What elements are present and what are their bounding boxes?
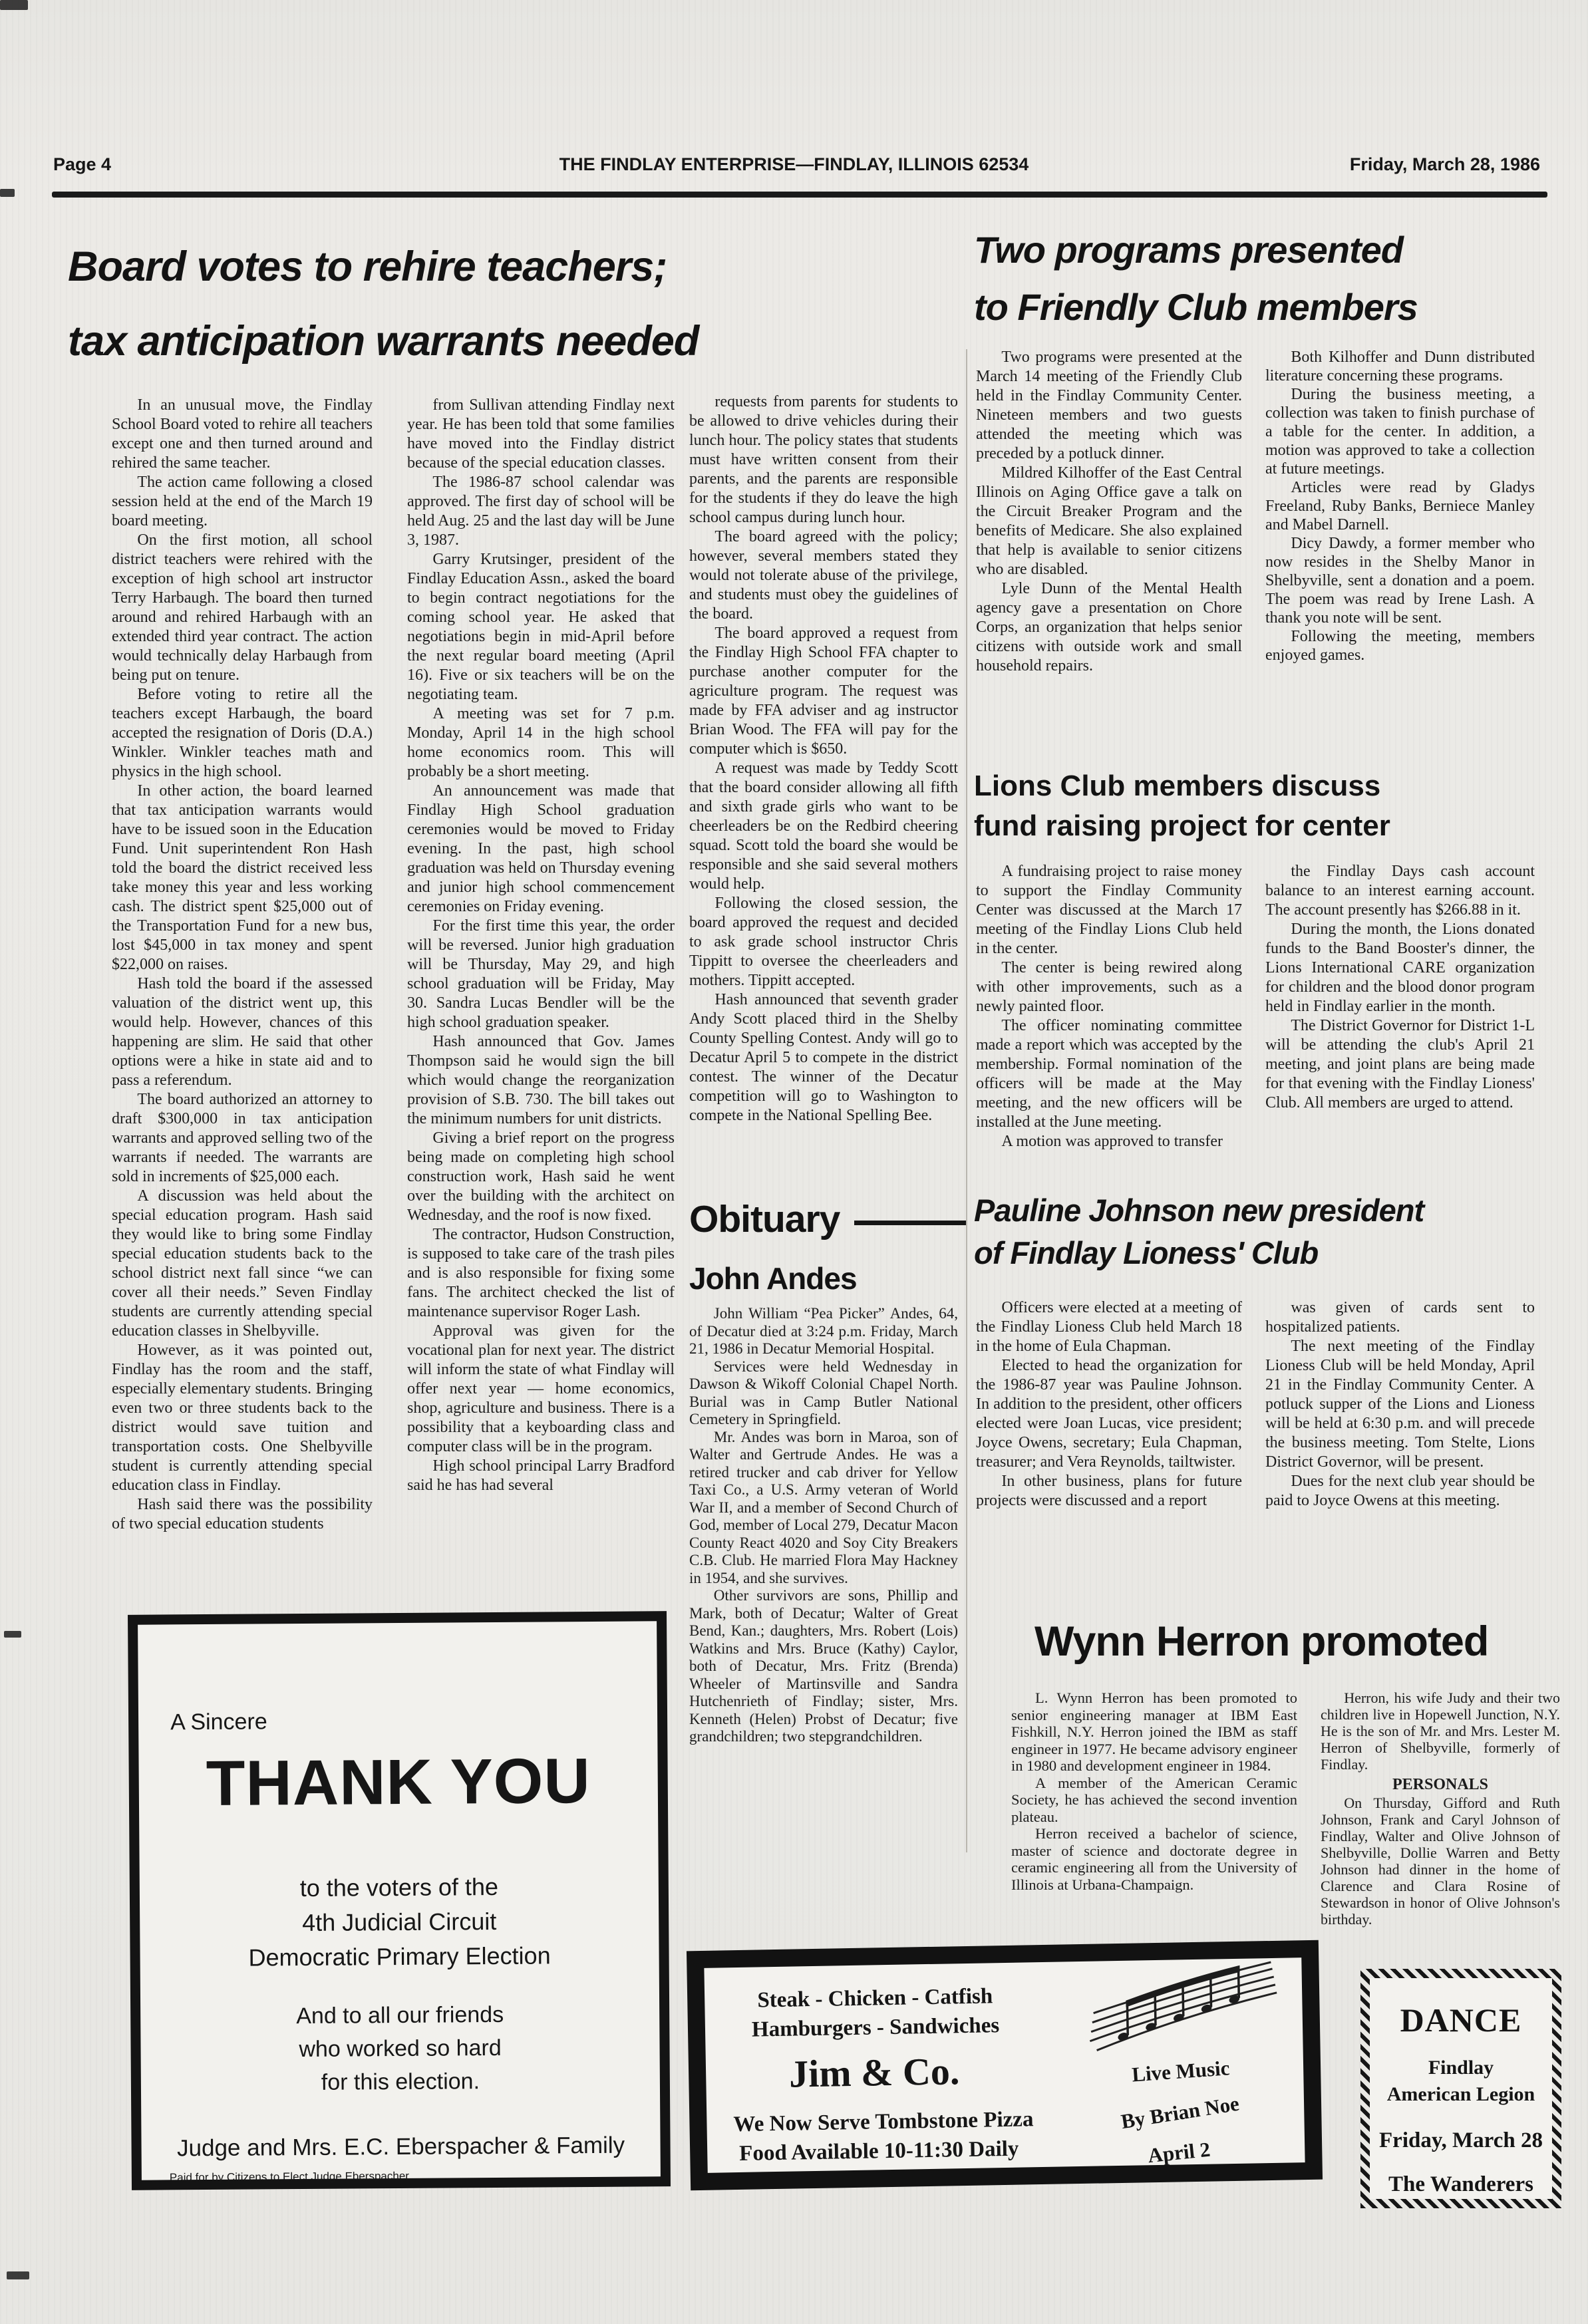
board-article-headline: Board votes to rehire teachers; tax anti… (68, 229, 699, 378)
paragraph: The board authorized an attorney to draf… (112, 1090, 373, 1187)
scan-artifact (0, 0, 28, 10)
paragraph: Approval was given for the vocational pl… (407, 1322, 675, 1457)
paragraph: Hash announced that seventh grader Andy … (689, 990, 958, 1125)
paragraph: Other survivors are sons, Phillip and Ma… (689, 1587, 958, 1746)
ad-dance-date: Friday, March 28 (1370, 2128, 1552, 2153)
dance-ad-inner: DANCE Findlay American Legion Friday, Ma… (1370, 1978, 1552, 2199)
paragraph: Herron received a bachelor of science, m… (1011, 1825, 1297, 1893)
ad-friends-lines: And to all our friends who worked so har… (140, 1997, 660, 2100)
lions-club-column-2: the Findlay Days cash account balance to… (1265, 862, 1535, 1158)
paragraph: In other action, the board learned that … (112, 782, 373, 974)
paragraph: The contractor, Hudson Construction, is … (407, 1225, 675, 1322)
paragraph: Hash told the board if the assessed valu… (112, 974, 373, 1090)
herron-column-2-intro: Herron, his wife Judy and their two chil… (1321, 1689, 1560, 1773)
obituary-heading-rule (854, 1221, 967, 1225)
scan-artifact (0, 189, 15, 197)
obituary-body: John William “Pea Picker” Andes, 64, of … (689, 1305, 958, 1890)
headline-line: to Friendly Club members (974, 279, 1418, 336)
paragraph: Services were held Wednesday in Dawson &… (689, 1358, 958, 1429)
paragraph: An announcement was made that Findlay Hi… (407, 782, 675, 917)
paragraph: On Thursday, Gifford and Ruth Johnson, F… (1321, 1795, 1560, 1928)
ad-line: for this election. (141, 2063, 660, 2100)
paragraph: requests from parents for students to be… (689, 392, 958, 527)
headline-line: Two programs presented (974, 221, 1418, 279)
paragraph: During the month, the Lions donated fund… (1265, 920, 1535, 1016)
ad-paid-for-notice: Paid for by Citizens to Elect Judge Eber… (170, 2170, 409, 2185)
paragraph: John William “Pea Picker” Andes, 64, of … (689, 1305, 958, 1358)
paragraph: On the first motion, all school district… (112, 531, 373, 685)
lioness-club-column-1: Officers were elected at a meeting of th… (976, 1298, 1242, 1594)
paragraph: Following the meeting, members enjoyed g… (1265, 627, 1535, 664)
paragraph: Both Kilhoffer and Dunn distributed lite… (1265, 348, 1535, 385)
lioness-club-headline: Pauline Johnson new president of Findlay… (974, 1189, 1424, 1274)
ad-venue-line: Findlay (1370, 2057, 1552, 2079)
lions-club-column-1: A fundraising project to raise money to … (976, 862, 1242, 1158)
ad-pizza-line: We Now Serve Tombstone Pizza (733, 2107, 1034, 2137)
paragraph: For the first time this year, the order … (407, 917, 675, 1032)
ad-title-text: THANK YOU (138, 1744, 658, 1820)
board-article-column-1: In an unusual move, the Findlay School B… (112, 396, 373, 1568)
ad-line: to the voters of the (140, 1868, 659, 1906)
paragraph: The 1986-87 school calendar was approved… (407, 473, 675, 550)
ad-intro-text: A Sincere (170, 1709, 267, 1735)
paragraph: A meeting was set for 7 p.m. Monday, Apr… (407, 704, 675, 782)
legion-dance-ad: DANCE Findlay American Legion Friday, Ma… (1360, 1969, 1561, 2208)
friendly-club-headline: Two programs presented to Friendly Club … (974, 221, 1418, 336)
paragraph: Herron, his wife Judy and their two chil… (1321, 1689, 1560, 1773)
ad-dance-title: DANCE (1370, 2001, 1552, 2039)
ad-performer-line: By Brian Noe (1120, 2092, 1241, 2134)
paragraph: Giving a brief report on the progress be… (407, 1129, 675, 1225)
paragraph: In an unusual move, the Findlay School B… (112, 396, 373, 473)
paragraph: Mildred Kilhoffer of the East Central Il… (976, 464, 1242, 579)
paragraph: The next meeting of the Findlay Lioness … (1265, 1337, 1535, 1472)
headline-line: Board votes to rehire teachers; (68, 229, 699, 304)
personals-heading: PERSONALS (1321, 1777, 1560, 1793)
paragraph: was given of cards sent to hospitalized … (1265, 1298, 1535, 1337)
paragraph: During the business meeting, a collectio… (1265, 385, 1535, 478)
paragraph: Officers were elected at a meeting of th… (976, 1298, 1242, 1356)
personals-body: On Thursday, Gifford and Ruth Johnson, F… (1321, 1795, 1560, 1928)
paragraph: A member of the American Ceramic Society… (1011, 1775, 1297, 1826)
paragraph: Hash announced that Gov. James Thompson … (407, 1032, 675, 1129)
paragraph: In other business, plans for future proj… (976, 1472, 1242, 1511)
paragraph: Hash said there was the possibility of t… (112, 1495, 373, 1534)
paragraph: from Sullivan attending Findlay next yea… (407, 396, 675, 473)
paragraph: The officer nominating committee made a … (976, 1016, 1242, 1132)
herron-column-2: Herron, his wife Judy and their two chil… (1321, 1689, 1560, 1934)
paragraph: Before voting to retire all the teachers… (112, 685, 373, 782)
paragraph: Dicy Dawdy, a former member who now resi… (1265, 534, 1535, 627)
lions-club-headline: Lions Club members discuss fund raising … (974, 766, 1390, 846)
column-divider-rule (966, 349, 967, 1852)
paragraph: A motion was approved to transfer (976, 1132, 1242, 1151)
board-article-column-2: from Sullivan attending Findlay next yea… (407, 396, 675, 1616)
ad-band-name: The Wanderers (1370, 2172, 1552, 2197)
paragraph: Articles were read by Gladys Freeland, R… (1265, 478, 1535, 534)
masthead-rule (52, 192, 1547, 198)
headline-line: tax anticipation warrants needed (68, 304, 699, 378)
paragraph: Following the closed session, the board … (689, 894, 958, 990)
friendly-club-column-2: Both Kilhoffer and Dunn distributed lite… (1265, 348, 1535, 760)
paragraph: The board agreed with the policy; howeve… (689, 527, 958, 624)
ad-line: Democratic Primary Election (140, 1938, 659, 1975)
paragraph: A request was made by Teddy Scott that t… (689, 759, 958, 894)
paragraph: The board approved a request from the Fi… (689, 624, 958, 759)
ad-signature: Judge and Mrs. E.C. Eberspacher & Family (141, 2132, 660, 2162)
newspaper-page: Page 4 THE FINDLAY ENTERPRISE—FINDLAY, I… (0, 0, 1588, 2324)
paragraph: However, as it was pointed out, Findlay … (112, 1341, 373, 1495)
ad-date-line: April 2 (1147, 2138, 1211, 2168)
paragraph: Mr. Andes was born in Maroa, son of Walt… (689, 1429, 958, 1588)
headline-line: Pauline Johnson new president (974, 1189, 1424, 1232)
ad-line: 4th Judicial Circuit (140, 1903, 659, 1941)
paragraph: L. Wynn Herron has been promoted to seni… (1011, 1689, 1297, 1775)
lioness-club-column-2: was given of cards sent to hospitalized … (1265, 1298, 1535, 1594)
paragraph: Elected to head the organization for the… (976, 1356, 1242, 1472)
paragraph: Garry Krutsinger, president of the Findl… (407, 550, 675, 704)
paragraph: The center is being rewired along with o… (976, 958, 1242, 1016)
jim-and-co-ad: Steak - Chicken - Catfish Hamburgers - S… (687, 1940, 1323, 2191)
ad-voters-lines: to the voters of the 4th Judicial Circui… (140, 1868, 659, 1975)
paragraph: The District Governor for District 1-L w… (1265, 1016, 1535, 1113)
masthead-date: Friday, March 28, 1986 (1350, 154, 1540, 175)
headline-line: fund raising project for center (974, 806, 1390, 846)
headline-line: of Findlay Lioness' Club (974, 1232, 1424, 1274)
herron-column-1: L. Wynn Herron has been promoted to seni… (1011, 1689, 1297, 1910)
obituary-name: John Andes (689, 1260, 857, 1296)
friendly-club-column-1: Two programs were presented at the March… (976, 348, 1242, 739)
ad-venue-line: American Legion (1370, 2083, 1552, 2106)
paragraph: A discussion was held about the special … (112, 1187, 373, 1341)
ad-hours-line: Food Available 10-11:30 Daily (739, 2137, 1019, 2166)
paragraph: Two programs were presented at the March… (976, 348, 1242, 464)
obituary-section-heading: Obituary (689, 1197, 967, 1241)
ad-business-name: Jim & Co. (789, 2049, 960, 2096)
herron-headline: Wynn Herron promoted (1034, 1618, 1488, 1666)
headline-line: Lions Club members discuss (974, 766, 1390, 806)
paragraph: the Findlay Days cash account balance to… (1265, 862, 1535, 920)
ad-line: And to all our friends (140, 1997, 659, 2033)
obituary-heading-text: Obituary (689, 1198, 840, 1240)
ad-line: Hamburgers - Sandwiches (752, 2011, 1000, 2044)
paragraph: High school principal Larry Bradford sai… (407, 1457, 675, 1495)
ad-line: Steak - Chicken - Catfish (751, 1981, 999, 2015)
paragraph: Dues for the next club year should be pa… (1265, 1472, 1535, 1511)
board-article-column-3: requests from parents for students to be… (689, 392, 958, 1197)
paragraph: A fundraising project to raise money to … (976, 862, 1242, 958)
ad-menu-lines: Steak - Chicken - Catfish Hamburgers - S… (751, 1981, 1000, 2044)
paragraph: The action came following a closed sessi… (112, 473, 373, 531)
ad-line: who worked so hard (140, 2030, 659, 2067)
music-notes-icon (1075, 1960, 1283, 2063)
scan-artifact (4, 1631, 21, 1638)
eberspacher-thank-you-ad: A Sincere THANK YOU to the voters of the… (128, 1611, 671, 2190)
scan-artifact (7, 2271, 29, 2279)
paragraph: Lyle Dunn of the Mental Health agency ga… (976, 579, 1242, 676)
